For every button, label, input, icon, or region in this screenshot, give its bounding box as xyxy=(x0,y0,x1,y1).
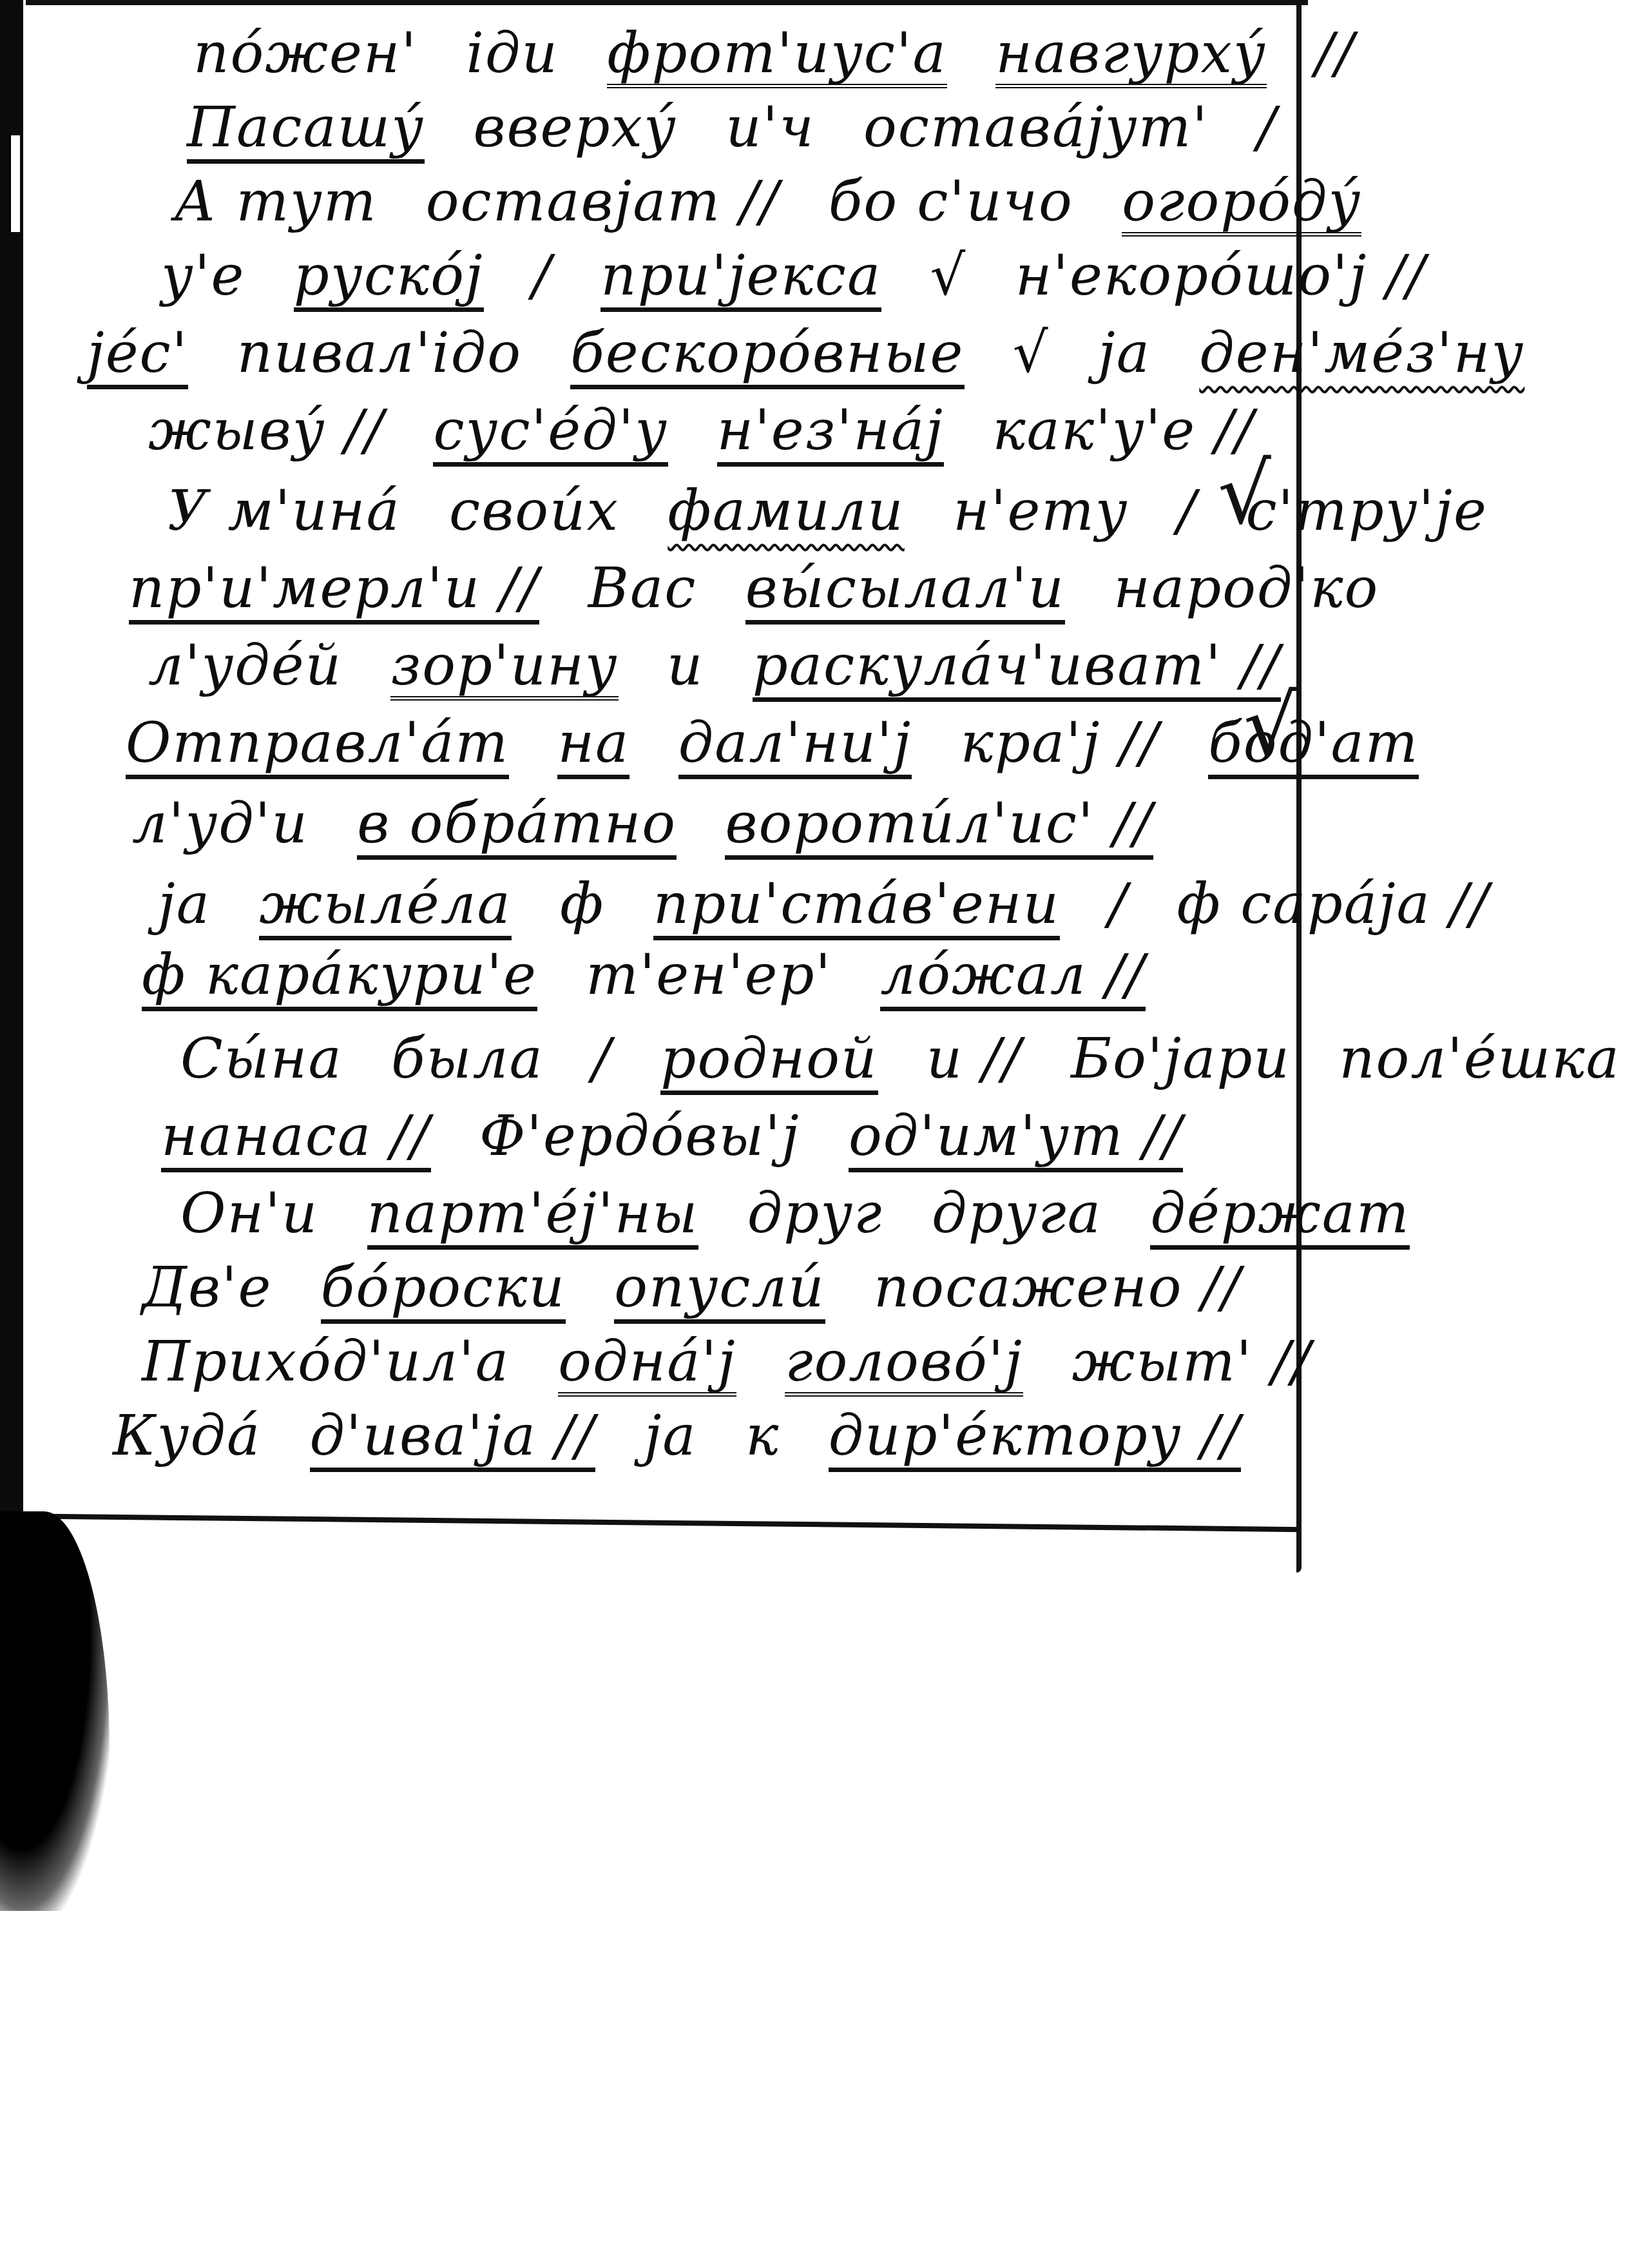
underlined-word: при'јекса xyxy=(601,248,881,312)
checkmark-icon: √ xyxy=(1218,445,1271,543)
word: свои́х xyxy=(449,483,619,539)
underlined-word: руско́ј xyxy=(294,248,484,312)
word: и'ч xyxy=(725,100,815,155)
underlined-word: вы́сылал'и xyxy=(745,561,1065,625)
slash-mark: / xyxy=(1257,100,1277,155)
word: к xyxy=(745,1408,780,1464)
handwritten-line-8: пр'и'мерл'и // Вас вы́сылал'и народ'ко xyxy=(129,561,1408,625)
underlined-word: дал'ни'ј xyxy=(678,715,912,779)
word: посажено // xyxy=(874,1260,1242,1315)
underlined-word: одна́'ј xyxy=(558,1334,736,1397)
handwritten-line-15: нанаса // Ф'ердо́вы'ј од'им'ут // xyxy=(161,1109,1213,1172)
underlined-word: при'ста́в'ени xyxy=(653,877,1060,940)
underlined-word: сус'е́д'у xyxy=(433,403,668,467)
word: ја xyxy=(158,877,211,932)
word: была xyxy=(391,1031,544,1087)
handwritten-line-14: Сы́на была / родной и // Бо'јари пол'е́ш… xyxy=(180,1031,1643,1095)
word: бо с'ичо xyxy=(829,174,1073,229)
underlined-word: огоро́ду́ xyxy=(1122,174,1361,237)
word: пол'е́шка xyxy=(1339,1031,1620,1087)
word: Вас xyxy=(588,561,697,616)
underlined-word: нанаса // xyxy=(161,1109,431,1172)
word: ф xyxy=(560,877,604,932)
handwritten-line-18: Прихо́д'ил'а одна́'ј голово́'ј жыт' // xyxy=(142,1334,1341,1397)
word: ја xyxy=(644,1408,697,1464)
underlined-word: зор'ину xyxy=(390,638,618,701)
underlined-word: д'ива'ја // xyxy=(310,1408,596,1472)
word: Ф'ердо́вы'ј xyxy=(479,1109,800,1164)
underlined-word: дир'е́ктору // xyxy=(829,1408,1241,1472)
binding-tear xyxy=(9,135,20,232)
checkmark-icon: √ xyxy=(930,248,967,304)
underlined-word: бод'ат xyxy=(1208,715,1419,779)
underlined-word: парт'е́ј'ны xyxy=(367,1186,699,1250)
word: А тут xyxy=(174,174,377,229)
slash-mark: / xyxy=(532,248,552,304)
handwritten-line-5: је́с' пивал'ідо бескоро́вные √ ја ден'ме… xyxy=(87,325,1554,389)
word: ф сара́ја // xyxy=(1177,877,1490,932)
word: Куда́ xyxy=(113,1408,261,1464)
underlined-word: раскула́ч'иват' // xyxy=(753,638,1281,702)
word: у'е xyxy=(161,248,245,304)
word: Сы́на xyxy=(180,1031,343,1087)
underlined-word: Пасашу́ xyxy=(187,100,425,164)
word: іди xyxy=(466,26,558,81)
pause-mark: // xyxy=(1315,26,1355,81)
underlined-word: де́ржат xyxy=(1150,1186,1410,1250)
underlined-word: ло́жал // xyxy=(880,947,1146,1011)
handwritten-line-13: ф кара́кури'е т'ен'ер' ло́жал // xyxy=(142,947,1175,1011)
underlined-word: родной xyxy=(660,1031,878,1095)
word: Прихо́д'ил'а xyxy=(142,1334,510,1390)
slash-mark: / xyxy=(1108,877,1128,932)
underlined-word: в обра́тно xyxy=(357,796,677,860)
word: ја xyxy=(1098,325,1151,381)
underlined-word: на xyxy=(557,715,629,779)
underlined-word: од'им'ут // xyxy=(849,1109,1183,1172)
handwritten-line-11: л'уд'и в обра́тно вороти́л'ис' // xyxy=(132,796,1183,860)
word: жыву́ // xyxy=(148,403,385,458)
wavy-underlined-word: фамили xyxy=(668,483,904,539)
underlined-word: Отправл'а́т xyxy=(126,715,509,779)
underlined-word: опусли́ xyxy=(614,1260,825,1324)
checkmark-icon: √ xyxy=(1244,677,1297,775)
word: с'тру'је xyxy=(1245,483,1488,539)
word: по́жен' xyxy=(193,26,418,81)
slash-mark: / xyxy=(592,1031,612,1087)
word: н'ету xyxy=(953,483,1129,539)
word: пивал'ідо xyxy=(237,325,522,381)
underlined-word: вороти́л'ис' // xyxy=(725,796,1153,860)
handwritten-line-7: У м'ина́ свои́х фамили н'ету / с'тру'је xyxy=(168,483,1517,539)
underlined-word: је́с' xyxy=(87,325,188,389)
page-top-edge xyxy=(26,0,1308,5)
word: т'ен'ер' xyxy=(586,947,832,1003)
word: как'у'е // xyxy=(992,403,1254,458)
word: и xyxy=(667,638,704,693)
handwritten-line-1: по́жен' іди фрот'иус'а навгурху́ // xyxy=(193,26,1385,88)
word: друг xyxy=(747,1186,883,1241)
underlined-word: ф кара́кури'е xyxy=(142,947,537,1011)
word: остава́јут' xyxy=(863,100,1209,155)
word: л'уд'и xyxy=(132,796,309,851)
word: друга xyxy=(932,1186,1102,1241)
notebook-page: по́жен' іди фрот'иус'а навгурху́ // Паса… xyxy=(0,0,1308,1573)
checkmark-icon: √ xyxy=(1013,325,1050,381)
word: и // xyxy=(927,1031,1023,1087)
underlined-word: жыле́ла xyxy=(259,877,511,940)
underlined-word: голово́'ј xyxy=(785,1334,1023,1397)
wavy-underlined-word: ден'ме́з'ну xyxy=(1199,325,1524,381)
word: оставјат // xyxy=(426,174,780,229)
handwritten-line-16: Он'и парт'е́ј'ны друг друга де́ржат xyxy=(180,1186,1439,1250)
word: народ'ко xyxy=(1113,561,1379,616)
handwritten-line-12: ја жыле́ла ф при'ста́в'ени / ф сара́ја /… xyxy=(158,877,1519,940)
word: жыт' // xyxy=(1071,1334,1311,1390)
handwritten-line-9: л'уде́й зор'ину и раскула́ч'иват' // xyxy=(148,638,1311,702)
page-bottom-edge xyxy=(0,1513,1302,1532)
word: кра'ј // xyxy=(961,715,1160,771)
underlined-word: фрот'иус'а xyxy=(607,26,947,88)
handwritten-line-19: Куда́ д'ива'ја // ја к дир'е́ктору // xyxy=(113,1408,1271,1472)
handwritten-line-4: у'е руско́ј / при'јекса √ н'екоро́шо'ј /… xyxy=(161,248,1456,312)
handwritten-line-17: Дв'е бо́роски опусли́ посажено // xyxy=(142,1260,1271,1324)
slash-mark: / xyxy=(1177,483,1197,539)
word: л'уде́й xyxy=(148,638,342,693)
word: вверху́ xyxy=(473,100,677,155)
word: Он'и xyxy=(180,1186,318,1241)
handwritten-line-2: Пасашу́ вверху́ и'ч остава́јут' / xyxy=(187,100,1307,164)
underlined-word: пр'и'мерл'и // xyxy=(129,561,539,625)
word: У м'ина́ xyxy=(168,483,401,539)
underlined-word: н'ез'на́ј xyxy=(717,403,944,467)
word: н'екоро́шо'ј // xyxy=(1015,248,1427,304)
underlined-word: бо́роски xyxy=(321,1260,566,1324)
handwritten-line-3: А тут оставјат // бо с'ичо огоро́ду́ xyxy=(174,174,1391,237)
underlined-word: бескоро́вные xyxy=(570,325,964,389)
word: Бо'јари xyxy=(1071,1031,1291,1087)
underlined-word: навгурху́ xyxy=(995,26,1267,88)
word: Дв'е xyxy=(142,1260,273,1315)
handwritten-line-6: жыву́ // сус'е́д'у н'ез'на́ј как'у'е // xyxy=(148,403,1285,467)
